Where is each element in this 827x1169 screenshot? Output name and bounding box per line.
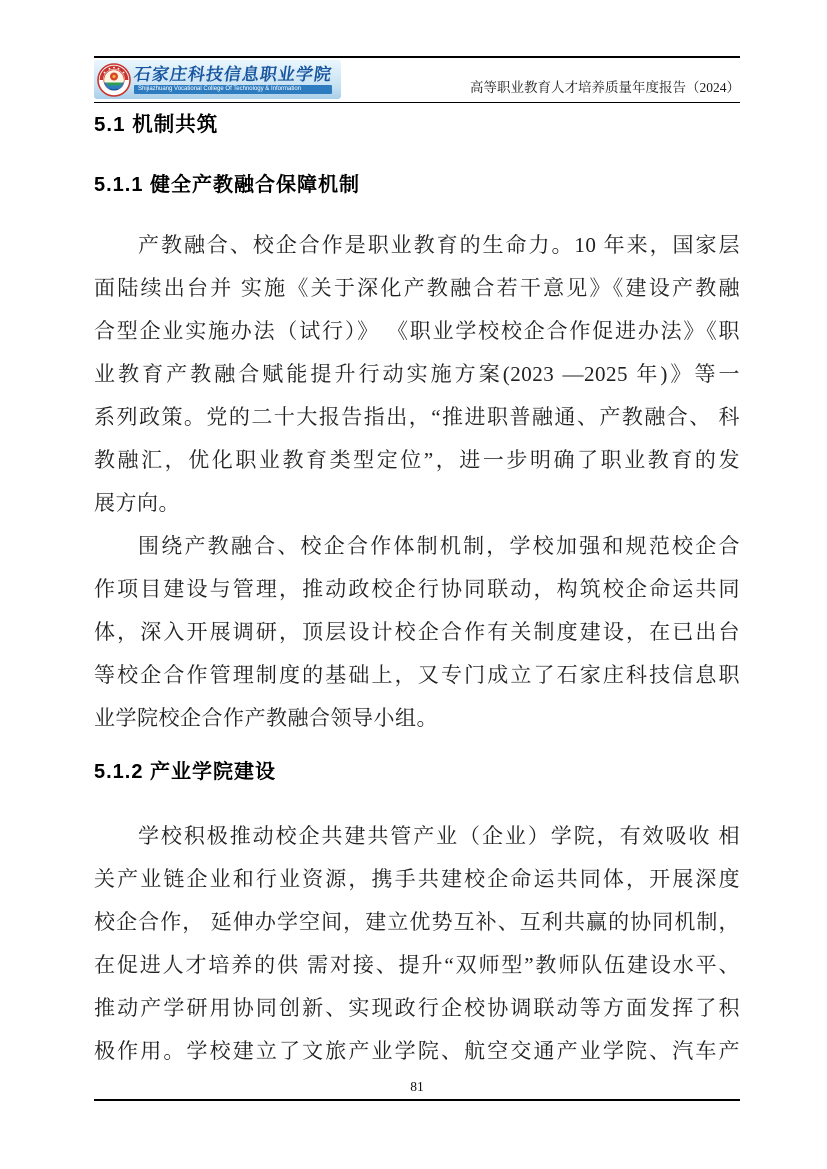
text-line: 极作用。学校建立了文旅产业学院、航空交通产业学院、汽车产 <box>94 1030 740 1073</box>
page-number: 81 <box>94 1079 740 1095</box>
school-logo-text: 石家庄科技信息职业学院 Shijiazhuang Vocational Coll… <box>134 65 332 94</box>
text-line: 业教育产教融合赋能提升行动实施方案(2023 —2025 年)》等一 <box>94 353 740 396</box>
text-line: 教融汇，优化职业教育类型定位”，进一步明确了职业教育的发 <box>94 439 740 482</box>
text-line: 体，深入开展调研，顶层设计校企合作有关制度建设，在已出台 <box>94 611 740 654</box>
school-emblem-icon <box>97 63 131 97</box>
school-name-english: Shijiazhuang Vocational College Of Techn… <box>134 85 332 94</box>
text-line: 在促进人才培养的供 需对接、提升“双师型”教师队伍建设水平、 <box>94 944 740 987</box>
text-line: 展方向。 <box>94 482 740 525</box>
text-line: 关产业链企业和行业资源，携手共建校企命运共同体，开展深度 <box>94 858 740 901</box>
text-line: 面陆续出台并 实施《关于深化产教融合若干意见》《建设产教融 <box>94 267 740 310</box>
page-header: 石家庄科技信息职业学院 Shijiazhuang Vocational Coll… <box>94 56 740 103</box>
paragraph-2: 围绕产教融合、校企合作体制机制，学校加强和规范校企合 作项目建设与管理，推动政校… <box>94 525 740 740</box>
text-line: 业学院校企合作产教融合领导小组。 <box>94 697 740 740</box>
text-line: 合型企业实施办法（试行）》 《职业学校校企合作促进办法》《职 <box>94 310 740 353</box>
paragraph-3: 学校积极推动校企共建共管产业（企业）学院，有效吸收 相 关产业链企业和行业资源，… <box>94 815 740 1073</box>
text-line: 推动产学研用协同创新、实现政行企校协调联动等方面发挥了积 <box>94 987 740 1030</box>
text-line: 围绕产教融合、校企合作体制机制，学校加强和规范校企合 <box>94 525 740 568</box>
text-line: 等校企合作管理制度的基础上，又专门成立了石家庄科技信息职 <box>94 654 740 697</box>
text-line: 作项目建设与管理，推动政校企行协同联动，构筑校企命运共同 <box>94 568 740 611</box>
heading-5-1-2: 5.1.2 产业学院建设 <box>94 760 740 784</box>
footer-rule <box>94 1099 740 1101</box>
paragraph-1: 产教融合、校企合作是职业教育的生命力。10 年来，国家层 面陆续出台并 实施《关… <box>94 224 740 525</box>
report-title: 高等职业教育人才培养质量年度报告（2024） <box>470 76 740 102</box>
document-page: 石家庄科技信息职业学院 Shijiazhuang Vocational Coll… <box>0 0 827 1169</box>
heading-5-1: 5.1 机制共筑 <box>94 113 740 137</box>
text-line: 校企合作， 延伸办学空间，建立优势互补、互利共赢的协同机制， <box>94 901 740 944</box>
document-body: 5.1 机制共筑 5.1.1 健全产教融合保障机制 产教融合、校企合作是职业教育… <box>94 103 740 1073</box>
text-line: 学校积极推动校企共建共管产业（企业）学院，有效吸收 相 <box>94 815 740 858</box>
text-line: 系列政策。党的二十大报告指出，“推进职普融通、产教融合、 科 <box>94 396 740 439</box>
text-line: 产教融合、校企合作是职业教育的生命力。10 年来，国家层 <box>94 224 740 267</box>
school-name: 石家庄科技信息职业学院 <box>133 65 334 85</box>
heading-5-1-1: 5.1.1 健全产教融合保障机制 <box>94 173 740 197</box>
school-logo: 石家庄科技信息职业学院 Shijiazhuang Vocational Coll… <box>94 60 341 99</box>
